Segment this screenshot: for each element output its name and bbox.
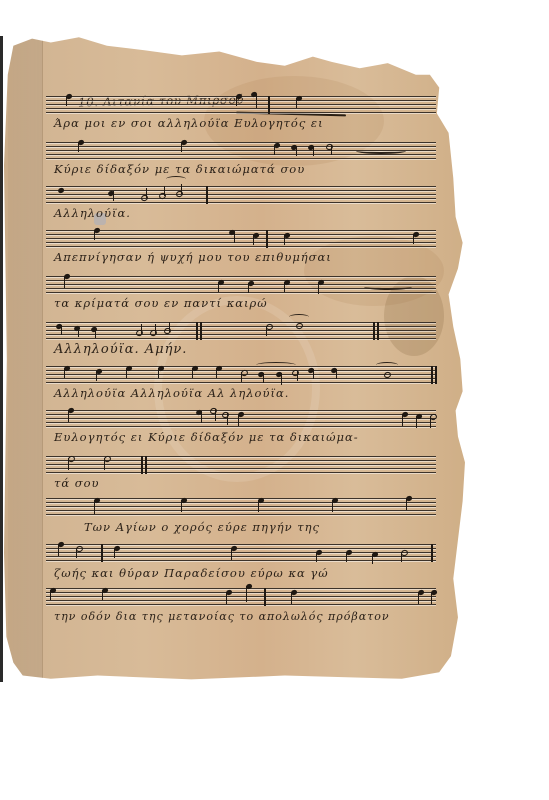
staff-11 xyxy=(46,544,436,562)
lyric-line-4: Απεπνίγησαν ή ψυχή μου του επιθυμήσαι xyxy=(54,250,332,264)
lyric-line-10: Των Αγίων ο χορός εύρε πηγήν της xyxy=(84,520,320,534)
lyric-line-7: Αλληλούϊα Αλληλούϊα Αλ ληλούϊα. xyxy=(54,386,289,400)
staff-4 xyxy=(46,230,436,248)
staff-2 xyxy=(46,142,436,160)
staff-3 xyxy=(46,186,436,204)
lyric-line-5: τα κρίματά σου εν παντί καιρώ xyxy=(54,296,268,310)
staff-8 xyxy=(46,410,436,428)
staff-7 xyxy=(46,366,436,384)
lyric-line-1: Άρα μοι εν σοι αλληλούϊα Ευλογητός ει xyxy=(54,116,324,130)
lyric-line-2: Κύριε δίδαξόν με τα δικαιώματά σου xyxy=(54,162,305,176)
lyric-line-3: Αλληλούϊα. xyxy=(54,206,131,220)
page-fold xyxy=(8,36,43,682)
staff-12 xyxy=(46,588,436,606)
lyric-line-6: Αλληλούϊα. Αμήν. xyxy=(54,342,187,357)
lyric-line-11: ζωής και θύραν Παραδείσου εύρω κα γώ xyxy=(54,566,329,580)
staff-9 xyxy=(46,456,436,474)
staff-5 xyxy=(46,276,436,294)
lyric-line-8: Ευλογητός ει Κύριε δίδαξόν με τα δικαιώμ… xyxy=(54,430,359,444)
lyric-line-9: τά σου xyxy=(54,476,100,490)
staff-10 xyxy=(46,498,436,516)
scan-edge xyxy=(0,36,3,682)
lyric-line-12: την οδόν δια της μετανοίας το απολωλός π… xyxy=(54,610,390,623)
staff-1 xyxy=(46,96,436,114)
staff-6 xyxy=(46,322,436,340)
manuscript-page: 10. Λιτανία του Μπιρσού Άρα μοι εν σοι α… xyxy=(4,36,472,682)
